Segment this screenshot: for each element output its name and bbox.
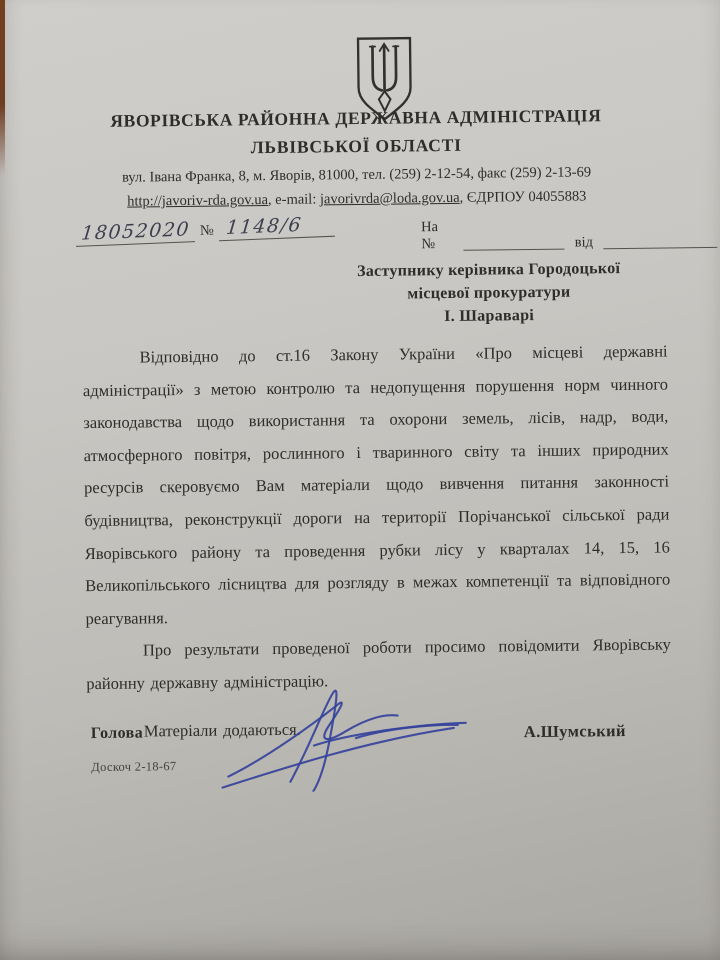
organization-name-line1: ЯВОРІВСЬКА РАЙОННА ДЕРЖАВНА АДМІНІСТРАЦІ… — [0, 104, 716, 133]
recipient-block: Заступнику керівника Городоцької місцево… — [338, 257, 641, 329]
handwritten-number: 1148/6 — [218, 213, 336, 242]
incoming-number-label: На № — [421, 219, 454, 253]
signer-name: А.Шумський — [524, 721, 626, 742]
executor-note: Доскоч 2-18-67 — [91, 759, 176, 775]
recipient-line2: місцевої прокуратури — [338, 280, 640, 306]
handwritten-signature — [215, 682, 491, 793]
incoming-number-blank — [463, 235, 564, 251]
incoming-from-label: від — [575, 234, 593, 251]
handwritten-date: 18052020 — [76, 218, 197, 247]
email-text: javorivrda@loda.gov.ua — [320, 190, 460, 208]
edrpou-text: , ЄДРПОУ 04055883 — [460, 188, 587, 205]
recipient-line3: І. Шараварі — [338, 303, 640, 329]
table-edge — [0, 0, 5, 175]
address-phone-line: вул. Івана Франка, 8, м. Яворів, 81000, … — [0, 163, 717, 188]
scanned-letter-photo: ЯВОРІВСЬКА РАЙОННА ДЕРЖАВНА АДМІНІСТРАЦІ… — [0, 0, 720, 960]
number-sign: № — [200, 222, 215, 240]
body-paragraph-1: Відповідно до ст.16 Закону України «Про … — [82, 336, 670, 636]
signer-position-title: Голова — [91, 724, 143, 743]
organization-name-line2: ЛЬВІВСЬКОЇ ОБЛАСТІ — [0, 132, 716, 161]
contact-line: http://javoriv-rda.gov.ua, e-mail: javor… — [0, 187, 717, 212]
official-letter: ЯВОРІВСЬКА РАЙОННА ДЕРЖАВНА АДМІНІСТРАЦІ… — [0, 0, 720, 960]
reference-row: 18052020 № 1148/6 На № від — [0, 212, 717, 256]
recipient-line1: Заступнику керівника Городоцької — [338, 257, 640, 283]
email-label: , e-mail: — [268, 191, 320, 208]
incoming-reference: На № від — [421, 216, 717, 253]
website-text: http://javoriv-rda.gov.ua — [127, 192, 268, 210]
incoming-date-blank — [603, 233, 717, 249]
outgoing-reference: 18052020 № 1148/6 — [77, 213, 336, 247]
